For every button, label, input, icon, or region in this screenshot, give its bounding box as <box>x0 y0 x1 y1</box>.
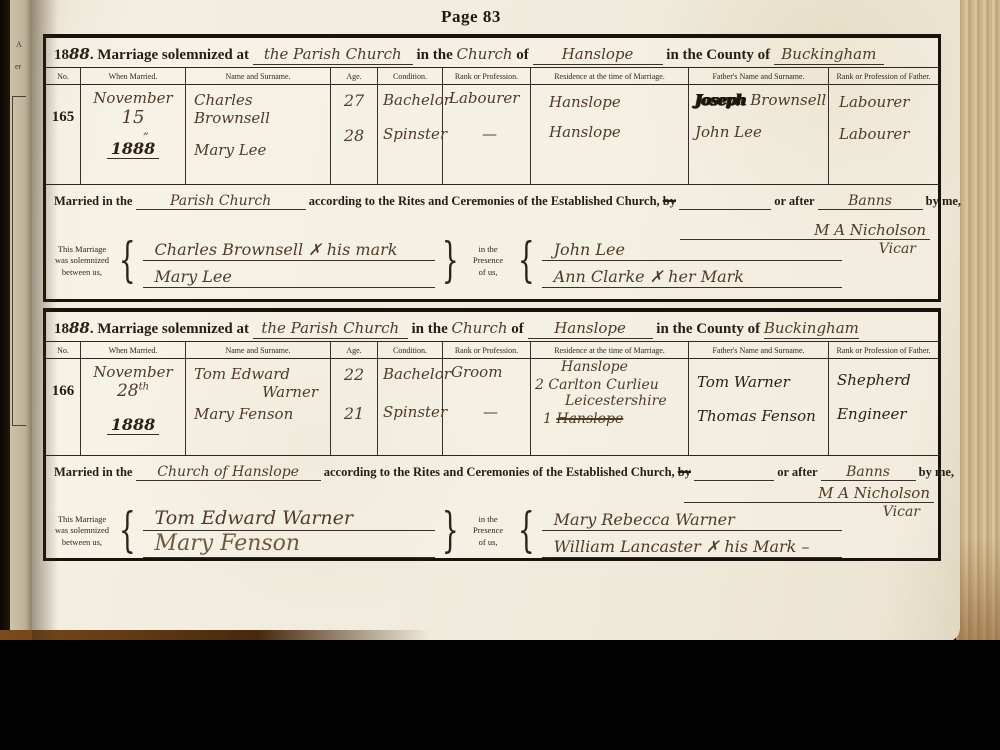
col-residence: Residence at the time of Marriage. <box>531 342 689 358</box>
solemnized-label: Marriage solemnized at <box>97 47 249 63</box>
bride-age: 28 <box>331 126 377 145</box>
presence-label: in the Presence of us, <box>465 244 511 277</box>
entry-heading: 1888. Marriage solemnized at the Parish … <box>46 38 938 67</box>
col-age: Age. <box>331 342 378 358</box>
book-spine <box>0 0 10 648</box>
groom-residence: Hanslope <box>549 93 688 111</box>
bride-profession: — <box>449 125 530 143</box>
county-handwritten: Buckingham <box>764 319 859 337</box>
when-year: 1888 <box>107 415 160 435</box>
groom-name-line2: Warner <box>194 383 330 401</box>
previous-page-text-fragment: er <box>15 62 21 71</box>
bride-father-profession: Engineer <box>837 405 938 423</box>
bride-name: Mary Fenson <box>194 405 330 423</box>
witness-signatures: John Lee Ann Clarke ✗ her Mark <box>542 234 842 288</box>
witness-2-signature: Ann Clarke ✗ her Mark <box>542 261 842 288</box>
attestation-block: This Marriage was solemnized between us,… <box>52 504 842 558</box>
dark-background <box>0 640 1000 750</box>
presence-label: in the Presence of us, <box>465 514 511 547</box>
when-year: 1888 <box>107 139 160 159</box>
groom-profession: Labourer <box>449 89 530 107</box>
witness-1-signature: John Lee <box>542 234 842 261</box>
when-day: 28 <box>117 381 139 401</box>
bride-father: John Lee <box>695 123 828 141</box>
book-fore-edge <box>956 0 1000 656</box>
witness-2-signature: William Lancaster ✗ his Mark – <box>542 531 842 558</box>
page-number: Page 83 <box>32 7 960 27</box>
attestation-label: This Marriage was solemnized between us, <box>52 244 112 277</box>
gutter-shadow <box>32 0 58 644</box>
bride-signature: Mary Lee <box>143 261 435 288</box>
marriage-entry-165: 1888. Marriage solemnized at the Parish … <box>43 34 941 302</box>
right-brace: } <box>441 509 458 552</box>
record-row-165: 165 November 15 „ 1888 Charles Brownsell… <box>46 85 938 185</box>
bride-father: Thomas Fenson <box>697 407 828 425</box>
method-handwritten: Banns <box>848 193 892 209</box>
witness-brace: { <box>518 509 535 552</box>
groom-profession: Groom <box>451 363 530 381</box>
year-handwritten: 88 <box>69 319 90 337</box>
col-father-rank: Rank or Profession of Father. <box>829 68 938 84</box>
bride-father-profession: Labourer <box>839 125 938 143</box>
officiant-signature: M A Nicholson <box>684 484 934 503</box>
previous-page-edge: A er <box>10 0 32 644</box>
groom-father-surname: Brownsell <box>750 91 826 109</box>
residence-struck: Hanslope <box>556 411 623 427</box>
left-brace: { <box>119 509 136 552</box>
bride-residence: Hanslope <box>549 123 688 141</box>
place-handwritten: the Parish Church <box>261 319 399 337</box>
groom-signature: Tom Edward Warner <box>143 504 435 531</box>
register-page: Page 83 1888. Marriage solemnized at the… <box>32 0 960 642</box>
married-in-line: Married in the Parish Church according t… <box>46 185 938 210</box>
previous-page-text-fragment: A <box>16 40 22 49</box>
previous-page-table-fragment <box>12 96 26 426</box>
when-month: November <box>81 89 185 107</box>
county-handwritten: Buckingham <box>781 45 876 63</box>
bride-name: Mary Lee <box>194 141 330 159</box>
col-age: Age. <box>331 68 378 84</box>
witness-1-signature: Mary Rebecca Warner <box>542 504 842 531</box>
bride-residence-line1: 2 Carlton Curlieu <box>535 377 688 393</box>
groom-signature: Charles Brownsell ✗ his mark <box>143 234 435 261</box>
party-signatures: Charles Brownsell ✗ his mark Mary Lee <box>143 234 435 288</box>
groom-name: Charles Brownsell <box>194 91 330 127</box>
residence-number: 1 <box>543 411 552 427</box>
bride-profession: — <box>451 403 530 421</box>
record-row-166: 166 November 28th 1888 Tom Edward Warner… <box>46 359 938 456</box>
bride-condition: Spinster <box>383 403 442 421</box>
groom-condition: Bachelor <box>383 365 442 383</box>
groom-name-line1: Tom Edward <box>194 365 330 383</box>
parish-handwritten: Hanslope <box>554 319 626 337</box>
col-condition: Condition. <box>378 68 443 84</box>
county-label: in the County of <box>666 47 770 63</box>
groom-father-profession: Shepherd <box>837 371 938 389</box>
col-when-married: When Married. <box>81 342 186 358</box>
groom-age: 27 <box>331 91 377 110</box>
party-signatures: Tom Edward Warner Mary Fenson <box>143 504 435 558</box>
when-ditto-mark: „ <box>107 124 185 137</box>
col-father-name: Father's Name and Surname. <box>689 342 829 358</box>
groom-father: Tom Warner <box>697 373 828 391</box>
married-place-handwritten: Church of Hanslope <box>157 464 299 480</box>
groom-condition: Bachelor <box>383 91 442 109</box>
col-name-surname: Name and Surname. <box>186 68 331 84</box>
parish-handwritten: Hanslope <box>562 45 634 63</box>
col-residence: Residence at the time of Marriage. <box>531 68 689 84</box>
struck-by: by <box>678 465 691 479</box>
building-handwritten: Church <box>452 319 508 337</box>
bride-residence-line2: Leicestershire <box>535 393 688 409</box>
solemnized-label: Marriage solemnized at <box>97 321 249 337</box>
year-handwritten: 88 <box>69 45 90 63</box>
marriage-entry-166: 1888. Marriage solemnized at the Parish … <box>43 308 941 561</box>
register-photo: A er Page 83 1888. Marriage solemnized a… <box>0 0 1000 750</box>
col-father-rank: Rank or Profession of Father. <box>829 342 938 358</box>
county-label: in the County of <box>656 321 760 337</box>
method-handwritten: Banns <box>846 464 890 480</box>
col-rank: Rank or Profession. <box>443 342 531 358</box>
place-handwritten: the Parish Church <box>264 45 402 63</box>
struck-by: by <box>663 194 676 208</box>
groom-residence: Hanslope <box>535 359 688 375</box>
entry-heading: 1888. Marriage solemnized at the Parish … <box>46 312 938 341</box>
witness-brace: { <box>518 239 535 282</box>
bride-signature: Mary Fenson <box>143 531 435 558</box>
left-brace: { <box>119 239 136 282</box>
col-condition: Condition. <box>378 342 443 358</box>
col-when-married: When Married. <box>81 68 186 84</box>
married-place-handwritten: Parish Church <box>170 193 271 209</box>
building-handwritten: Church <box>457 45 513 63</box>
groom-father-profession: Labourer <box>839 93 938 111</box>
bride-condition: Spinster <box>383 125 442 143</box>
attestation-label: This Marriage was solemnized between us, <box>52 514 112 547</box>
groom-age: 22 <box>331 365 377 384</box>
groom-father-overwritten: Joseph <box>695 91 745 109</box>
married-in-line: Married in the Church of Hanslope accord… <box>46 456 938 481</box>
column-headers: No. When Married. Name and Surname. Age.… <box>46 341 938 359</box>
col-father-name: Father's Name and Surname. <box>689 68 829 84</box>
when-month: November <box>81 363 185 381</box>
when-day-suffix: th <box>139 381 149 392</box>
col-name-surname: Name and Surname. <box>186 342 331 358</box>
column-headers: No. When Married. Name and Surname. Age.… <box>46 67 938 85</box>
bride-age: 21 <box>331 404 377 423</box>
witness-signatures: Mary Rebecca Warner William Lancaster ✗ … <box>542 504 842 558</box>
attestation-block: This Marriage was solemnized between us,… <box>52 234 842 288</box>
col-rank: Rank or Profession. <box>443 68 531 84</box>
right-brace: } <box>441 239 458 282</box>
